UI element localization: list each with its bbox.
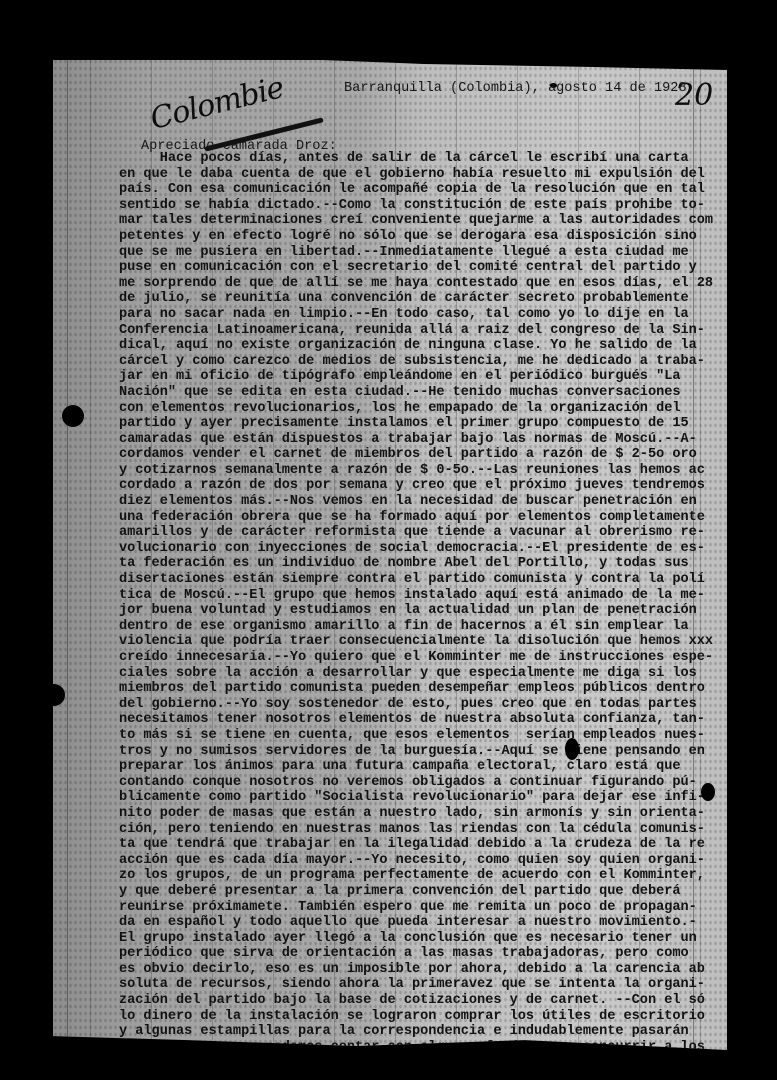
text-line: disertaciones están siempre contra el pa… xyxy=(119,572,777,588)
text-line: camaradas que están dispuestos a trabaja… xyxy=(119,432,777,448)
typewritten-letter-page: Colombie 20 Barranquilla (Colombia), ago… xyxy=(53,58,727,1050)
handwritten-annotation: Colombie xyxy=(147,70,287,137)
text-line: El grupo instalado ayer llegó a la concl… xyxy=(119,931,777,947)
text-line: con elementos revolucionarios, los he em… xyxy=(119,401,777,417)
ink-blot xyxy=(565,738,579,760)
text-line: periódico que sirva de orientación a las… xyxy=(119,946,777,962)
text-line: preparar los ánimos para una futura camp… xyxy=(119,759,777,775)
text-line: ta federación es un individuo de nombre … xyxy=(119,556,777,572)
text-line: cordado a razón de dos por semana y creo… xyxy=(119,478,777,494)
text-line: nito poder de masas que están a nuestro … xyxy=(119,806,777,822)
text-line: ciales sobre la acción a desarrollar y q… xyxy=(119,666,777,682)
text-line: para no sacar nada en limpio.--En todo c… xyxy=(119,307,777,323)
text-line: necesitamos tener nosotros elementos de … xyxy=(119,712,777,728)
text-line: lo dinero de la instalación se lograron … xyxy=(119,1009,777,1025)
text-line: Hace pocos días, antes de salir de la cá… xyxy=(119,151,777,167)
punch-hole xyxy=(62,405,84,427)
text-line: que se me pusiera en libertad.--Inmediat… xyxy=(119,245,777,261)
text-line: amarillos y de carácter reformista que t… xyxy=(119,525,777,541)
text-line: mar tales determinaciones creí convenien… xyxy=(119,213,777,229)
punch-hole xyxy=(43,684,65,706)
ink-blot xyxy=(701,783,715,801)
text-line: soluta de recursos, siendo ahora la prim… xyxy=(119,977,777,993)
text-line: to más si se tiene en cuenta, que esos e… xyxy=(119,728,777,744)
text-line: una federación obrera que se ha formado … xyxy=(119,510,777,526)
text-line: y algunas estampillas para la correspond… xyxy=(119,1024,777,1040)
text-line: tros y no sumisos servidores de la burgu… xyxy=(119,744,777,760)
text-line: de julio, se reunitía una convención de … xyxy=(119,291,777,307)
text-line: partido y ayer precisamente instalamos e… xyxy=(119,416,777,432)
text-line: zación del partido bajo la base de cotiz… xyxy=(119,993,777,1009)
text-line: miembros del partido comunista pueden de… xyxy=(119,681,777,697)
text-line: ta que tendrá que trabajar en la ilegali… xyxy=(119,837,777,853)
text-line: es obvio decirlo, eso es un imposible po… xyxy=(119,962,777,978)
text-line: petentes y en efecto logré no sólo que s… xyxy=(119,229,777,245)
text-line: reunirse próximamete. También espero que… xyxy=(119,900,777,916)
text-line: contando conque nosotros no veremos obli… xyxy=(119,775,777,791)
text-line: acción que es cada día mayor.--Yo necesi… xyxy=(119,853,777,869)
text-line: Conferencia Latinoamericana, reunida all… xyxy=(119,323,777,339)
text-line: sentido se había dictado.--Como la const… xyxy=(119,198,777,214)
text-line: y que deberé presentar a la primera conv… xyxy=(119,884,777,900)
text-line: país. Con esa comunicación le acompañé c… xyxy=(119,182,777,198)
text-line: cordamos vender el carnet de miembros de… xyxy=(119,447,777,463)
text-line: muchos día en que podamos contar con alg… xyxy=(119,1040,777,1056)
text-line: ción, pero teniendo en nuestras manos la… xyxy=(119,822,777,838)
text-line: violencia que podría traer consecuencial… xyxy=(119,634,777,650)
text-line: jor buena voluntad y estudiamos en la ac… xyxy=(119,603,777,619)
text-line: tica de Moscú.--El grupo que hemos insta… xyxy=(119,588,777,604)
text-line: puse en comunicación con el secretario d… xyxy=(119,260,777,276)
text-line: Nación" que se edita en esta ciudad.--He… xyxy=(119,385,777,401)
text-line: da en español y todo aquello que pueda i… xyxy=(119,915,777,931)
text-line: diez elementos más.--Nos vemos en la nec… xyxy=(119,494,777,510)
page-crease xyxy=(67,58,68,1050)
text-line: jar en mi oficio de tipógrafo empleándom… xyxy=(119,369,777,385)
text-line: cárcel y como carezco de medios de subsi… xyxy=(119,354,777,370)
text-line: del gobierno.--Yo soy sostenedor de esto… xyxy=(119,697,777,713)
text-line: blicamente como partido "Socialista revo… xyxy=(119,790,777,806)
text-line: dical, aquí no existe organización de ni… xyxy=(119,338,777,354)
text-line: dentro de ese organismo amarillo a fin d… xyxy=(119,619,777,635)
text-line: me sorprendo de que de allí se me haya c… xyxy=(119,276,777,292)
text-line: en que le daba cuenta de que el gobierno… xyxy=(119,167,777,183)
letter-body: Hace pocos días, antes de salir de la cá… xyxy=(119,151,777,1055)
text-line: zo los grupos, de un programa perfectame… xyxy=(119,868,777,884)
dateline: Barranquilla (Colombia), agosto 14 de 19… xyxy=(344,81,687,96)
text-line: volucionario con inyecciones de social d… xyxy=(119,541,777,557)
text-line: y cotizarnos semanalmente a razón de $ 0… xyxy=(119,463,777,479)
text-line: creído innecesaria.--Yo quiero que el Ko… xyxy=(119,650,777,666)
